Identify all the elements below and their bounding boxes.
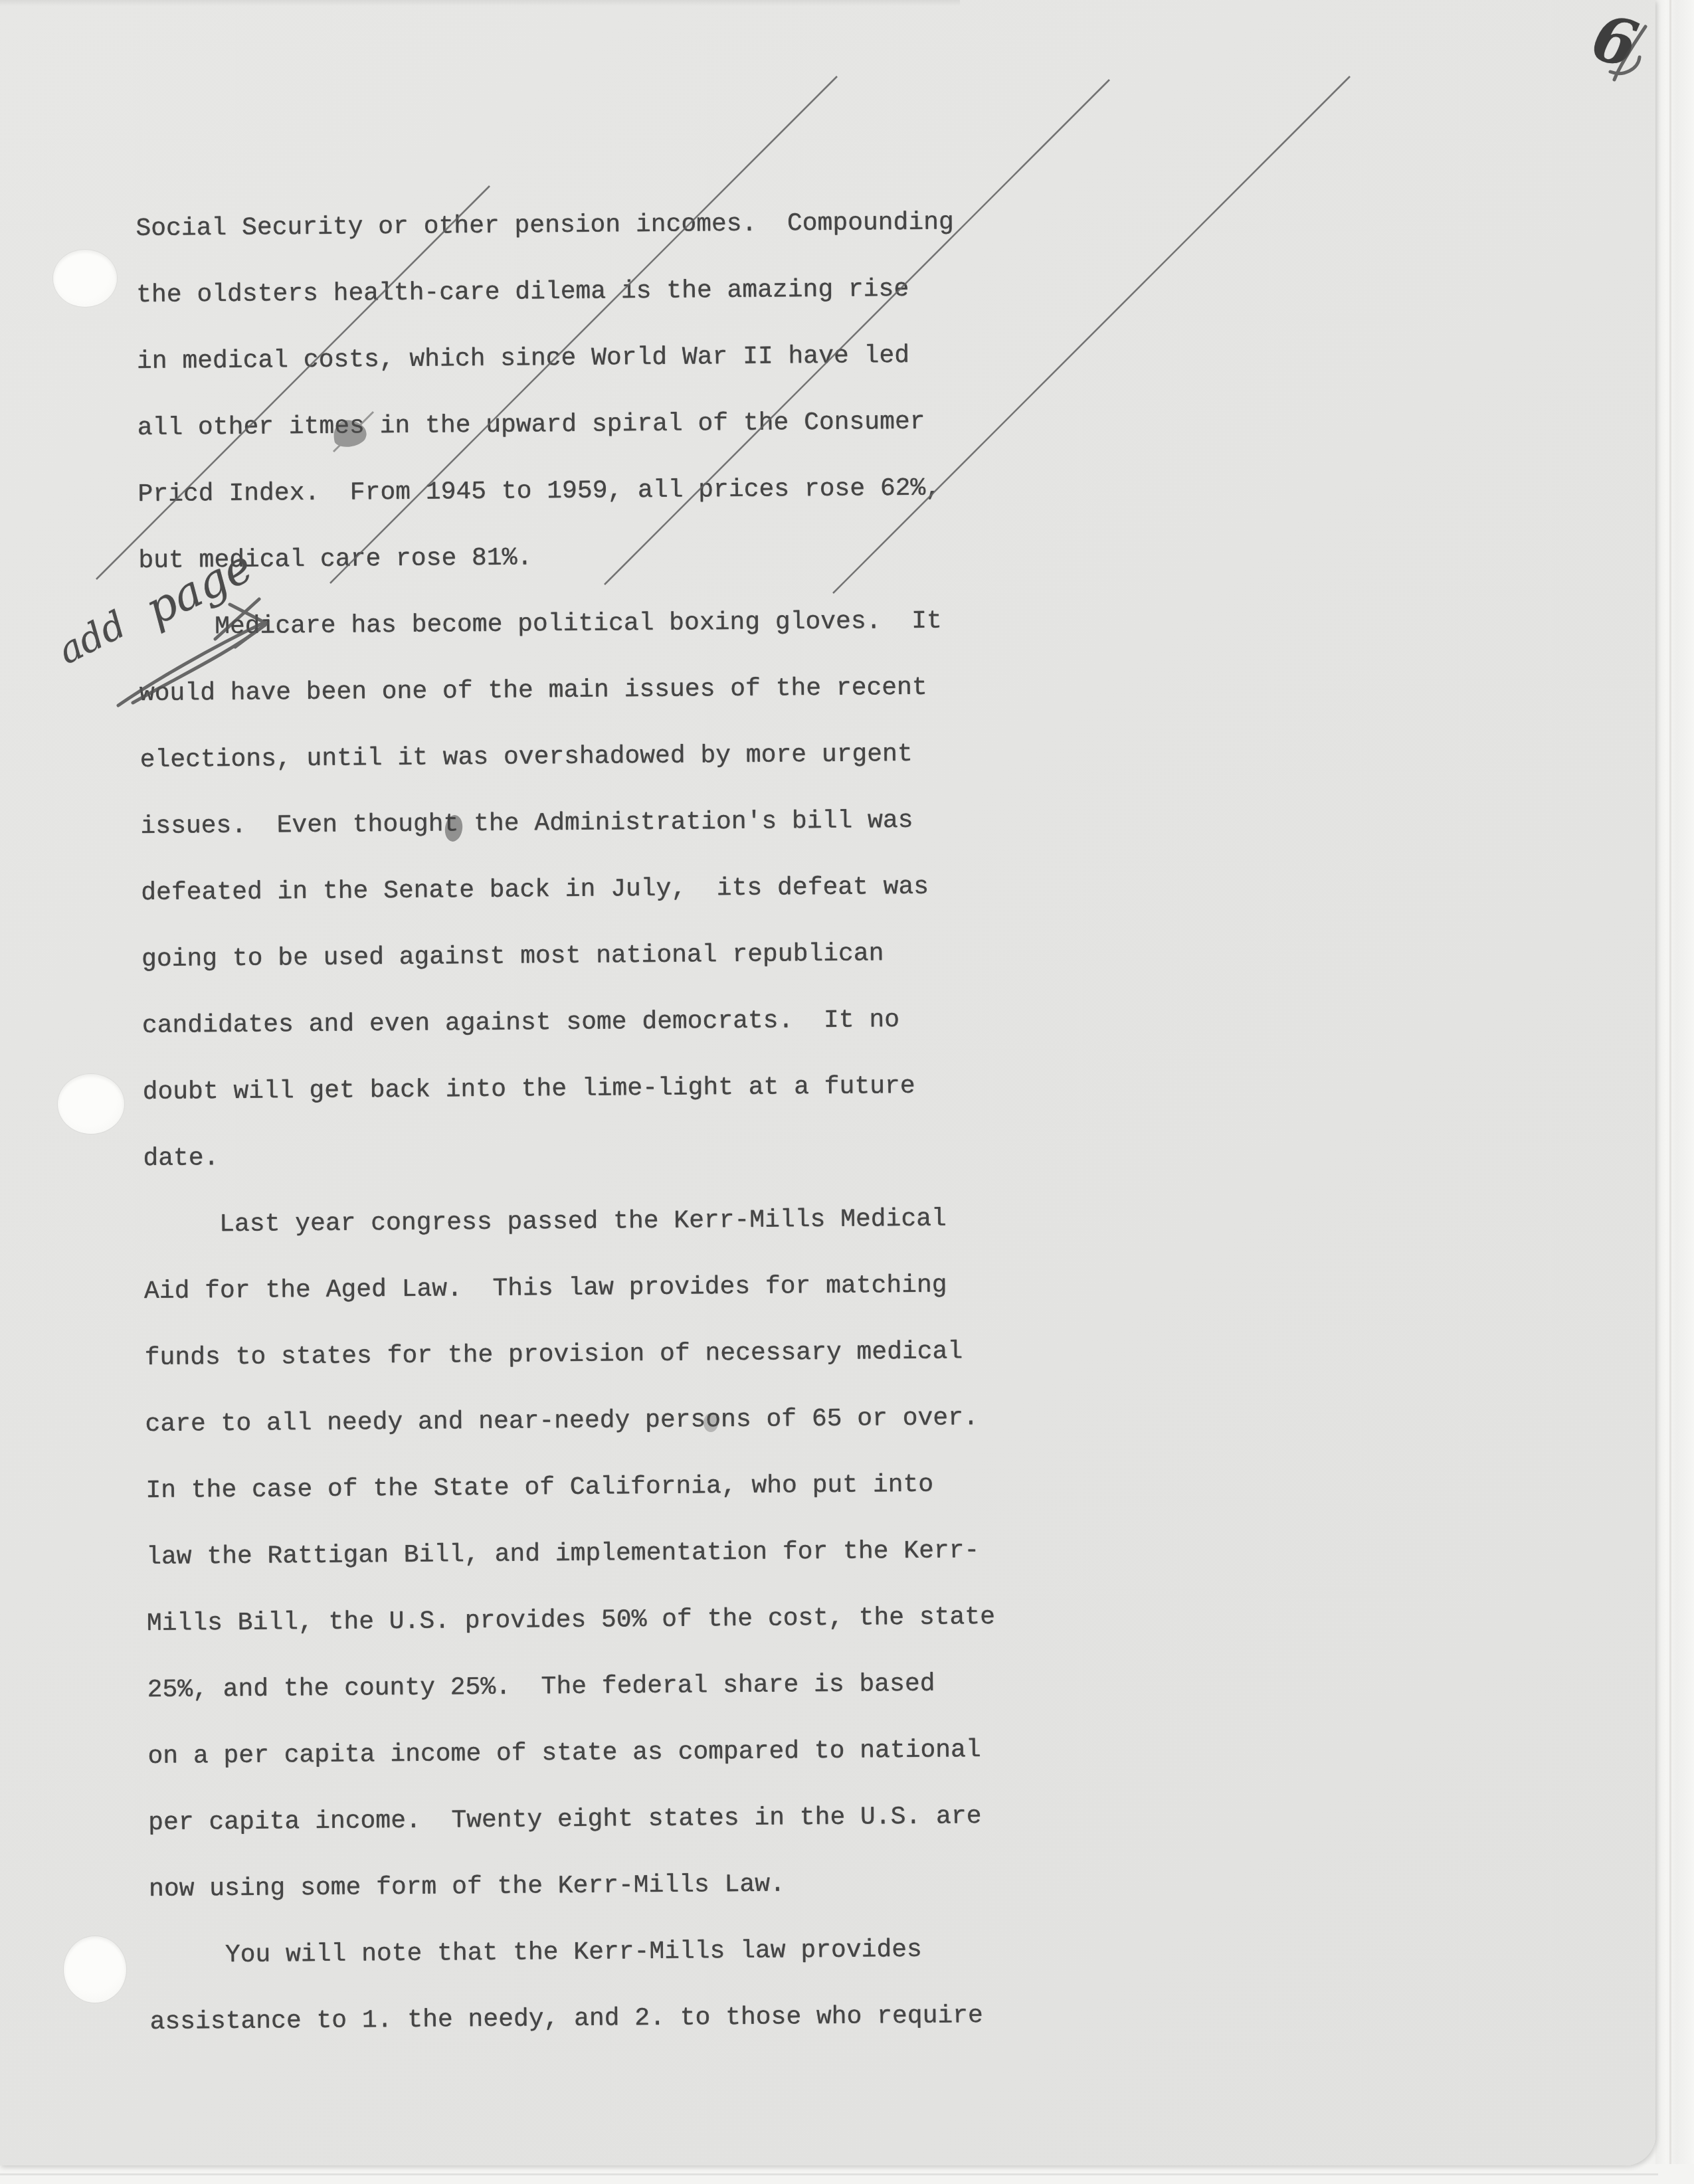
typed-line: Last year congress passed the Kerr-Mills… (143, 1184, 1180, 1259)
typed-line: In the case of the State of California, … (145, 1450, 1182, 1524)
typed-line: Pricd Index. From 1945 to 1959, all pric… (138, 454, 1175, 528)
typed-line: Mills Bill, the U.S. provides 50% of the… (146, 1583, 1183, 1657)
typed-line: on a per capita income of state as compa… (147, 1716, 1184, 1790)
punch-hole-middle (58, 1074, 124, 1134)
typed-text-block: Social Security or other pension incomes… (136, 188, 1186, 2056)
typed-line: Aid for the Aged Law. This law provides … (144, 1251, 1181, 1325)
paper-sheet: 6 Social Security or other pension incom… (0, 0, 1655, 2165)
typed-line: defeated in the Senate back in July, its… (141, 852, 1178, 927)
typed-line: You will note that the Kerr-Mills law pr… (149, 1915, 1186, 1989)
typed-line: all other itmes in the upward spiral of … (137, 387, 1174, 462)
typed-line: candidates and even against some democra… (141, 985, 1178, 1059)
typed-line: assistance to 1. the needy, and 2. to th… (149, 1981, 1186, 2056)
typed-line: date. (143, 1118, 1180, 1192)
typed-line: issues. Even thought the Administration'… (140, 786, 1177, 860)
typed-line: elections, until it was overshadowed by … (140, 719, 1176, 794)
typed-line: funds to states for the provision of nec… (144, 1317, 1181, 1392)
typed-line: the oldsters health-care dilema is the a… (136, 254, 1173, 329)
typed-line: Social Security or other pension incomes… (136, 188, 1173, 262)
punch-hole-bottom (64, 1936, 126, 2003)
typed-line: would have been one of the main issues o… (140, 653, 1176, 727)
page-number: 6 (1585, 1, 1644, 82)
typed-line: going to be used against most national r… (141, 919, 1178, 993)
paper-edge-line-vertical (1669, 0, 1671, 2184)
paper-edge-line-horizontal (0, 2173, 1658, 2175)
typed-line: Medicare has become political boxing glo… (139, 587, 1176, 661)
typed-line: now using some form of the Kerr-Mills La… (149, 1849, 1186, 1923)
backing-paper-right (1655, 0, 1694, 2184)
typed-line: in medical costs, which since World War … (137, 321, 1174, 395)
typed-line: 25%, and the county 25%. The federal sha… (147, 1649, 1184, 1724)
typed-line: but medical care rose 81%. (138, 520, 1175, 594)
typed-line: care to all needy and near-needy persons… (145, 1384, 1182, 1458)
scanned-document-page: { "page": { "number": "6", "margin_note"… (0, 0, 1694, 2184)
typed-line: law the Rattigan Bill, and implementatio… (146, 1516, 1183, 1591)
punch-hole-top (53, 250, 117, 307)
margin-note-add: add (51, 603, 133, 674)
typed-line: doubt will get back into the lime-light … (142, 1051, 1179, 1126)
typed-line: per capita income. Twenty eight states i… (148, 1782, 1185, 1857)
